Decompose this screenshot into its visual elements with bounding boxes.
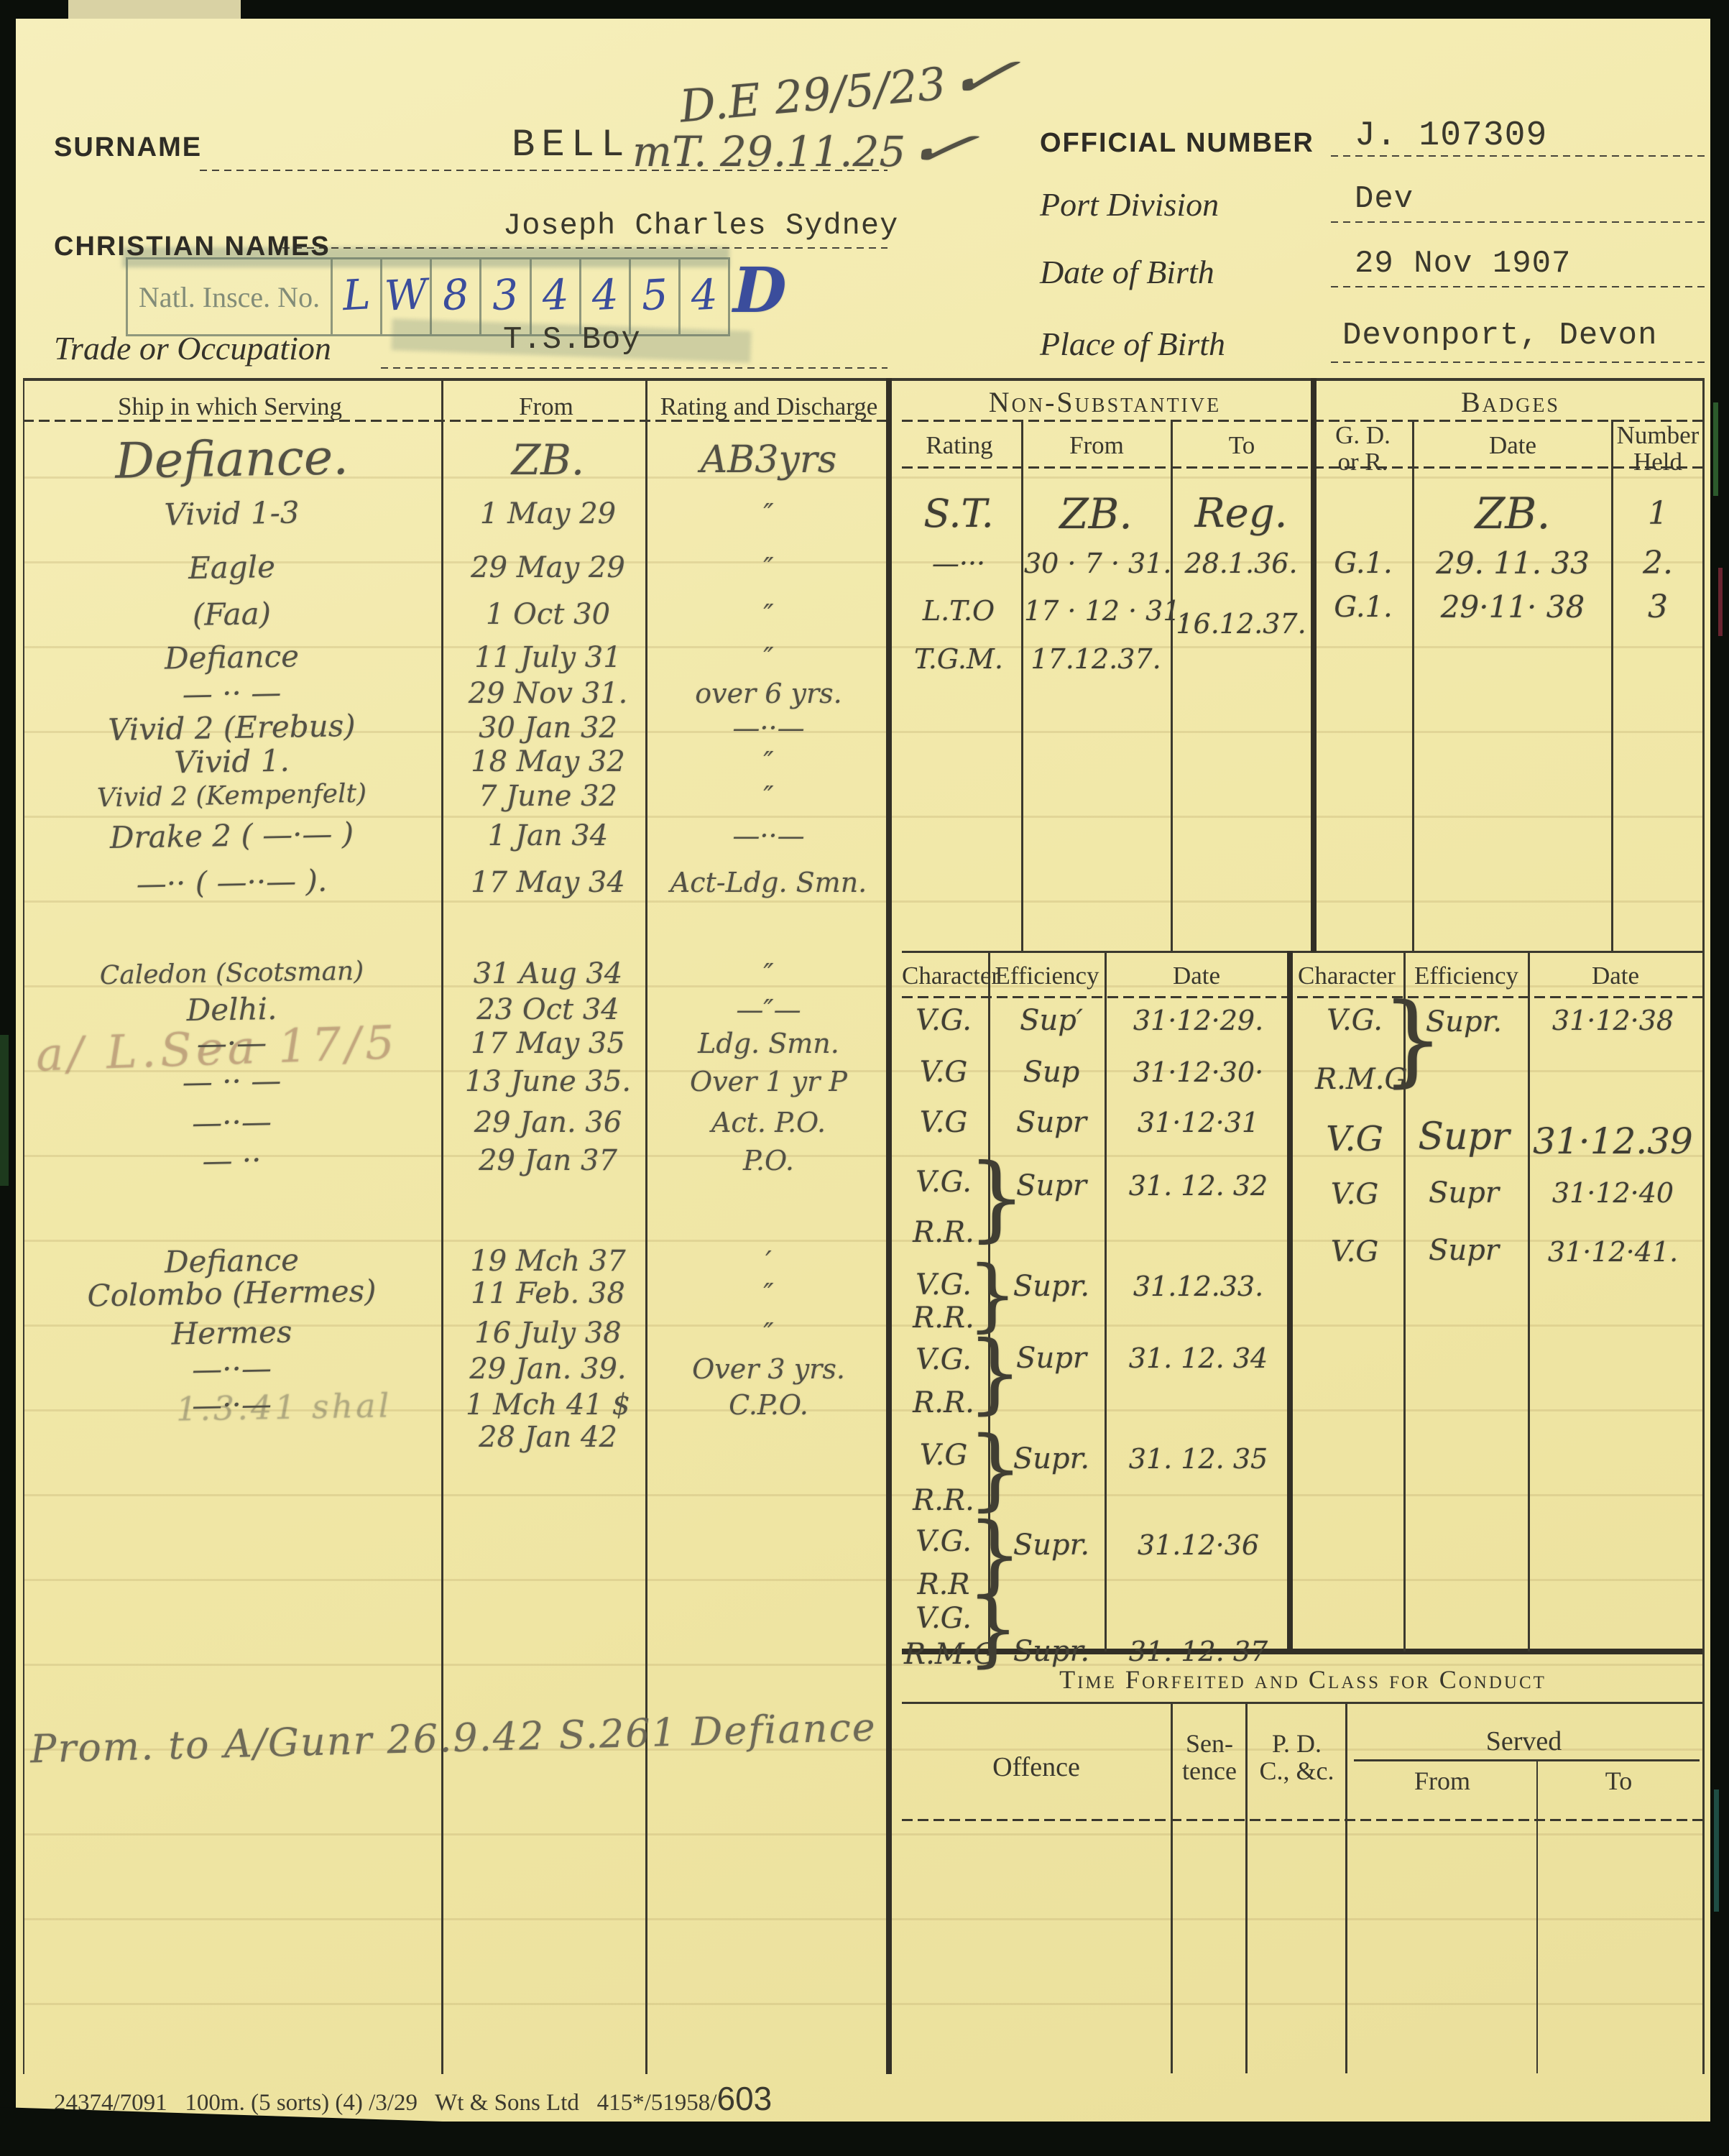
service-from: ZB. xyxy=(456,439,640,481)
conduct-date-right: 31·12·38 xyxy=(1532,1007,1694,1034)
badges-title: Badges xyxy=(1319,385,1702,419)
service-rating: C.P.O. xyxy=(655,1391,882,1419)
service-from: 16 July 38 xyxy=(456,1319,640,1347)
surname-value: BELL xyxy=(512,124,631,167)
conduct-date-left: 31·12·29. xyxy=(1117,1007,1279,1034)
conduct-efficiency-right: Supr xyxy=(1410,1118,1518,1156)
conduct-date-left: 31. 12. 35 xyxy=(1117,1445,1279,1473)
conduct-efficiency-right: Supr. xyxy=(1410,1008,1518,1036)
conduct-date-right: 31·12·41. xyxy=(1532,1238,1694,1266)
service-rating: P.O. xyxy=(655,1147,882,1174)
ns-col-to: To xyxy=(1174,433,1310,459)
badge-gd: G.1. xyxy=(1317,593,1410,622)
service-rating: —··— xyxy=(655,714,882,742)
natl-insce-digit: 4 xyxy=(590,269,619,320)
service-from: 29 Jan 37 xyxy=(456,1146,640,1175)
service-ship: Colombo (Hermes) xyxy=(29,1275,435,1312)
ns-rating: S.T. xyxy=(898,494,1019,533)
badge-date: 29·11· 38 xyxy=(1416,592,1610,622)
conduct-efficiency-left: Supr. xyxy=(997,1637,1105,1666)
tick-mark: ✓ xyxy=(940,50,1023,104)
service-col-ship: Ship in which Serving xyxy=(29,394,431,420)
christian-names-value: Joseph Charles Sydney xyxy=(503,208,898,243)
surname-annotation: mT. 29.11.25 ✓ xyxy=(632,122,962,174)
surname-label: SURNAME xyxy=(54,132,202,163)
tick-mark: ✓ xyxy=(898,119,984,177)
ns-from: ZB. xyxy=(1024,493,1168,535)
service-from: 17 May 34 xyxy=(456,868,640,897)
conduct-brace-left: } xyxy=(967,1330,1023,1416)
port-division-label: Port Division xyxy=(1040,185,1219,224)
grid-line xyxy=(902,996,1704,998)
badges-col-gd: G. D. or R. xyxy=(1315,423,1411,476)
service-from: 1 Oct 30 xyxy=(456,600,640,629)
service-rating: ″ xyxy=(655,960,882,987)
printer-imprint: 24374/7091 100m. (5 sorts) (4) /3/29 Wt … xyxy=(54,2079,772,2118)
conduct-efficiency-left: Supr xyxy=(997,1171,1105,1200)
service-from: 19 Mch 37 xyxy=(456,1247,640,1276)
trade-value: T.S.Boy xyxy=(503,322,641,358)
service-rating: AB3yrs xyxy=(655,441,882,479)
grid-line xyxy=(1536,1759,1538,2073)
conduct-efficiency-left: Sup′ xyxy=(997,1006,1105,1035)
service-rating: Act-Ldg. Smn. xyxy=(655,869,882,896)
grid-line xyxy=(886,378,892,2074)
badge-date: 29. 11. 33 xyxy=(1416,548,1610,579)
ns-rating: —··· xyxy=(898,550,1019,577)
grid-line xyxy=(1331,286,1705,287)
conduct-character-left: V.G xyxy=(904,1108,983,1137)
natl-insce-cell: 8 xyxy=(430,259,479,334)
service-from: 1 Mch 41 $ xyxy=(456,1391,640,1419)
grid-line xyxy=(1354,1759,1700,1761)
service-from: 7 June 32 xyxy=(456,782,640,811)
conduct-date-left: 31·12·31 xyxy=(1117,1109,1279,1136)
conduct-left-col-efficiency: Efficiency xyxy=(990,963,1105,990)
grid-line xyxy=(1702,378,1705,2074)
service-from: 29 Jan. 36 xyxy=(456,1108,640,1137)
ns-to: 16.12.37. xyxy=(1174,610,1309,637)
service-rating: ″ xyxy=(655,601,882,628)
service-rating: ″ xyxy=(655,644,882,671)
service-rating: —″— xyxy=(655,996,882,1023)
ns-from: 17 · 12 · 31. xyxy=(1024,597,1168,625)
imprint-number: 603 xyxy=(716,2080,772,2117)
ns-from: 30 · 7 · 31. xyxy=(1024,550,1168,577)
conduct-right-col-date: Date xyxy=(1529,963,1702,990)
service-from: 11 Feb. 38 xyxy=(456,1279,640,1308)
natl-insce-digit: L xyxy=(341,269,372,320)
conduct-left-col-character: Character xyxy=(902,963,988,990)
badge-date: ZB. xyxy=(1416,492,1610,535)
grid-line xyxy=(23,378,1705,381)
scan-border-right xyxy=(1710,0,1729,2156)
grid-line xyxy=(381,367,887,369)
scan-edge-paper-sliver xyxy=(68,0,241,19)
official-number-value: J. 107309 xyxy=(1355,116,1547,155)
natl-insce-cell: L xyxy=(331,259,380,334)
natl-insce-suffix: D xyxy=(733,260,787,322)
natl-insce-digit: 5 xyxy=(640,269,669,320)
time-forfeited-title: Time Forfeited and Class for Conduct xyxy=(902,1664,1704,1695)
badge-gd: G.1. xyxy=(1317,549,1410,578)
grid-line xyxy=(1171,1702,1173,2073)
grid-line xyxy=(902,1819,1704,1821)
conduct-date-left: 31. 12. 34 xyxy=(1117,1345,1279,1372)
service-rating: ″ xyxy=(655,500,882,528)
service-from: 18 May 32 xyxy=(456,747,640,776)
conduct-efficiency-left: Supr xyxy=(997,1108,1105,1137)
scanned-service-record: { "header": { "surname_label": "SURNAME"… xyxy=(0,0,1729,2156)
service-from: 17 May 35 xyxy=(456,1029,640,1058)
service-rating: Over 1 yr P xyxy=(655,1068,882,1095)
service-from: 29 Nov 31. xyxy=(456,679,640,708)
grid-line xyxy=(1021,420,1023,952)
conduct-character-right: V.G xyxy=(1315,1238,1394,1266)
grid-line xyxy=(1528,951,1530,1651)
badges-col-date: Date xyxy=(1416,433,1610,459)
ns-rating: L.T.O xyxy=(898,597,1019,625)
service-from: 1 May 29 xyxy=(456,499,640,528)
ns-col-from: From xyxy=(1024,433,1169,459)
service-from: 29 May 29 xyxy=(456,553,640,582)
badge-number: 1 xyxy=(1615,498,1700,530)
conduct-character-left: V.G. xyxy=(904,1006,983,1035)
place-of-birth-label: Place of Birth xyxy=(1040,325,1225,363)
conduct-date-right: 31·12.39 xyxy=(1532,1123,1694,1159)
service-col-from: From xyxy=(453,394,640,420)
non-substantive-title: Non-Substantive xyxy=(902,385,1308,419)
conduct-efficiency-left: Supr. xyxy=(997,1531,1105,1560)
service-from: 31 Aug 34 xyxy=(456,959,640,988)
official-number-label: OFFICIAL NUMBER xyxy=(1040,128,1314,159)
grid-line xyxy=(1331,155,1705,157)
grid-line xyxy=(441,378,443,2074)
service-from: 29 Jan. 39. xyxy=(456,1355,640,1383)
natl-insce-digit: 8 xyxy=(441,269,470,320)
scan-artifact-red xyxy=(1718,568,1723,636)
conduct-date-left: 31. 12. 37 xyxy=(1117,1638,1279,1665)
scan-border-top xyxy=(0,0,1729,19)
conduct-left-col-date: Date xyxy=(1106,963,1287,990)
conduct-date-left: 31.12·36 xyxy=(1117,1531,1279,1559)
service-rating: over 6 yrs. xyxy=(655,680,882,707)
service-rating: ″ xyxy=(655,1280,882,1307)
ns-from: 17.12.37. xyxy=(1024,645,1168,673)
grid-line xyxy=(1611,420,1613,952)
grid-line xyxy=(1287,951,1293,1651)
natl-insce-digit: 4 xyxy=(540,269,569,320)
grid-line xyxy=(1331,221,1705,223)
conduct-character-left: V.G xyxy=(904,1058,983,1087)
badge-number: 2. xyxy=(1615,548,1700,579)
service-rating: ″ xyxy=(655,1319,882,1347)
conduct-efficiency-right: Supr xyxy=(1410,1179,1518,1207)
conduct-date-right: 31·12·40 xyxy=(1532,1179,1694,1207)
trade-label: Trade or Occupation xyxy=(54,329,331,367)
natl-insce-digit: 4 xyxy=(690,269,719,320)
ns-to: Reg. xyxy=(1174,494,1309,534)
service-rating: ″ xyxy=(655,554,882,581)
badge-number: 3 xyxy=(1615,591,1700,623)
service-from: 23 Oct 34 xyxy=(456,995,640,1024)
conduct-date-left: 31. 12. 32 xyxy=(1117,1172,1279,1199)
service-from: 30 Jan 32 xyxy=(456,714,640,742)
service-rating: Over 3 yrs. xyxy=(655,1355,882,1383)
grid-line xyxy=(1345,1702,1347,2073)
conduct-character-right: V.G xyxy=(1315,1122,1394,1156)
port-division-value: Dev xyxy=(1355,181,1414,217)
natl-insce-digit: 3 xyxy=(491,269,520,320)
service-rating: Act. P.O. xyxy=(655,1109,882,1136)
ns-col-rating: Rating xyxy=(898,433,1020,459)
conduct-date-left: 31·12·30· xyxy=(1117,1059,1279,1086)
ns-rating: T.G.M. xyxy=(898,645,1019,673)
conduct-efficiency-left: Sup xyxy=(997,1058,1105,1087)
grid-line xyxy=(1245,1702,1248,2073)
conduct-date-left: 31.12.33. xyxy=(1117,1273,1279,1300)
tf-col-served-from: From xyxy=(1348,1768,1536,1795)
badges-col-number: Number Held xyxy=(1614,423,1702,476)
natl-insce-cell: 4 xyxy=(678,259,728,334)
grid-line xyxy=(645,378,647,2074)
tf-col-served: Served xyxy=(1348,1728,1700,1756)
place-of-birth-value: Devonport, Devon xyxy=(1342,318,1657,354)
natl-insce-label: Natl. Insce. No. xyxy=(128,259,331,334)
service-ship: Defiance. xyxy=(28,432,435,488)
date-of-birth-value: 29 Nov 1907 xyxy=(1355,246,1571,282)
service-col-rating: Rating and Discharge xyxy=(654,394,884,420)
scan-artifact-left-green xyxy=(0,1035,9,1186)
service-rating: —··— xyxy=(655,822,882,849)
service-rating: ″ xyxy=(655,783,882,810)
service-from: 11 July 31 xyxy=(456,643,640,672)
imprint-text: 24374/7091 100m. (5 sorts) (4) /3/29 Wt … xyxy=(54,2090,716,2116)
grid-line xyxy=(1171,420,1173,952)
natl-insce-cell: W xyxy=(380,259,430,334)
service-rating: ′ xyxy=(655,1248,882,1275)
natl-insce-digit: W xyxy=(384,269,429,321)
grid-line xyxy=(902,1702,1704,1704)
tf-col-pdc: P. D. C., &c. xyxy=(1248,1731,1345,1785)
tf-col-offence: Offence xyxy=(902,1754,1171,1782)
date-of-birth-label: Date of Birth xyxy=(1040,253,1214,291)
conduct-efficiency-right: Supr xyxy=(1410,1236,1518,1265)
conduct-efficiency-left: Supr xyxy=(997,1344,1105,1373)
conduct-character-right: V.G xyxy=(1315,1180,1394,1209)
conduct-efficiency-left: Supr. xyxy=(997,1272,1105,1301)
grid-line xyxy=(23,378,24,2074)
grid-line xyxy=(1331,361,1705,363)
service-rating: ″ xyxy=(655,748,882,775)
service-from: 28 Jan 42 xyxy=(456,1423,640,1452)
conduct-efficiency-left: Supr. xyxy=(997,1445,1105,1473)
tf-col-sentence: Sen- tence xyxy=(1174,1731,1245,1785)
grid-line xyxy=(282,247,887,249)
ns-to: 28.1.36. xyxy=(1174,550,1309,577)
service-from: 13 June 35. xyxy=(456,1067,640,1096)
grid-line xyxy=(1412,420,1414,952)
service-from: 1 Jan 34 xyxy=(456,821,640,850)
service-rating: Ldg. Smn. xyxy=(655,1030,882,1057)
tf-col-served-to: To xyxy=(1538,1768,1700,1795)
scan-artifact-green xyxy=(1713,402,1718,496)
scan-artifact-teal xyxy=(1714,1789,1719,1912)
